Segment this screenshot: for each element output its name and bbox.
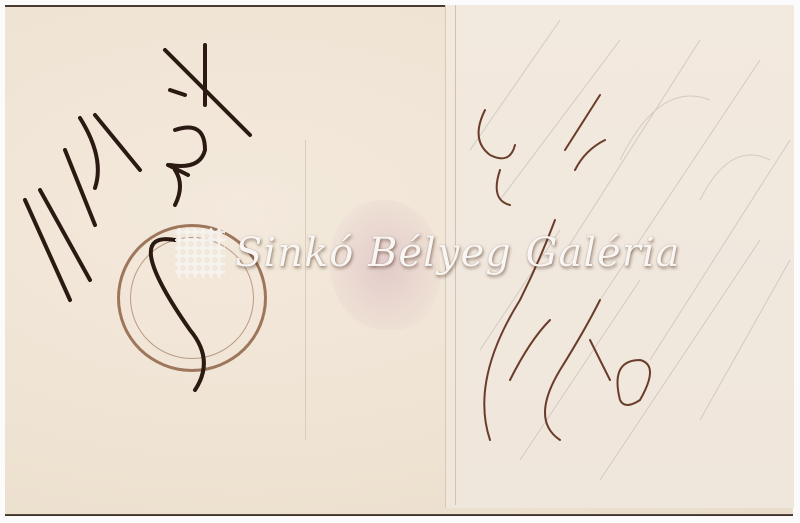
postage-stamp-icon	[175, 228, 225, 278]
gallery-watermark: Sinkó Bélyeg Galéria	[175, 228, 680, 278]
watermark-text: Sinkó Bélyeg Galéria	[235, 230, 680, 276]
